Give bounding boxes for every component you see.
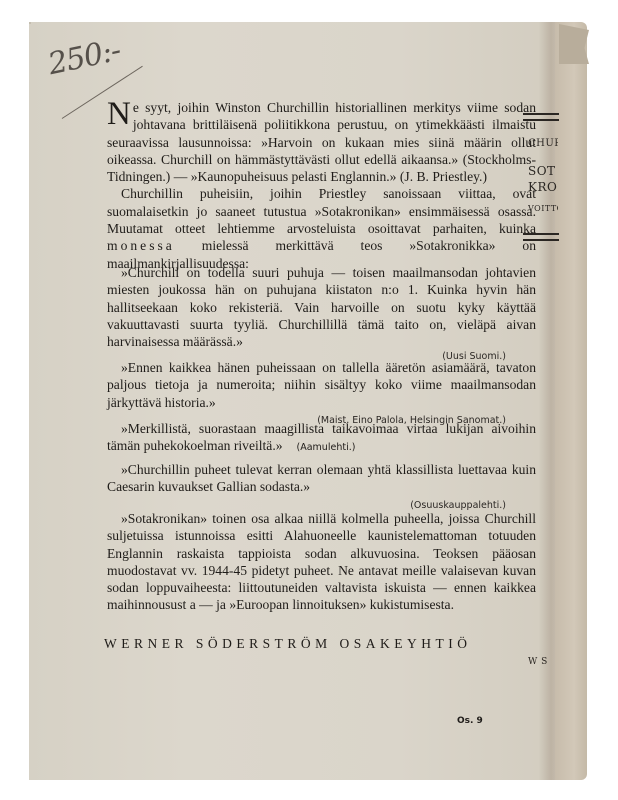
closing-paragraph: »Sotakronikan» toinen osa alkaa niillä k… [107,510,536,614]
review-1: »Churchill on todella suuri puhuja — toi… [107,264,536,366]
publisher-name: WERNER SÖDERSTRÖM OSAKEYHTIÖ [104,636,472,652]
para2-start: Churchillin puheisiin, joihin Priestley … [107,186,536,236]
review-2: »Ennen kaikkea hänen puheissaan on talle… [107,359,536,429]
review-4: »Churchillin puheet tulevat kerran olema… [107,461,536,514]
catalog-number: Os. 9 [457,716,483,726]
review-quote: »Churchillin puheet tulevat kerran olema… [107,461,536,496]
torn-spine-top [559,24,589,64]
spine-publisher: W S [528,657,558,667]
closing-paragraph-block: »Sotakronikan» toinen osa alkaa niillä k… [107,510,536,614]
decoration [29,22,31,24]
drop-cap: N [107,101,131,127]
intro-paragraph: e syyt, joihin Winston Churchillin histo… [107,100,536,184]
book-spine [555,22,587,780]
review-source: (Aamulehti.) [283,442,356,453]
para2-emphasis: monessa [107,238,175,253]
review-quote: »Churchill on todella suuri puhuja — toi… [107,264,536,350]
blurb-intro: Ne syyt, joihin Winston Churchillin hist… [107,99,536,272]
review-quote: »Ennen kaikkea hänen puheissaan on talle… [107,359,536,411]
review-3: »Merkillistä, suorastaan maagillista tai… [107,420,536,457]
